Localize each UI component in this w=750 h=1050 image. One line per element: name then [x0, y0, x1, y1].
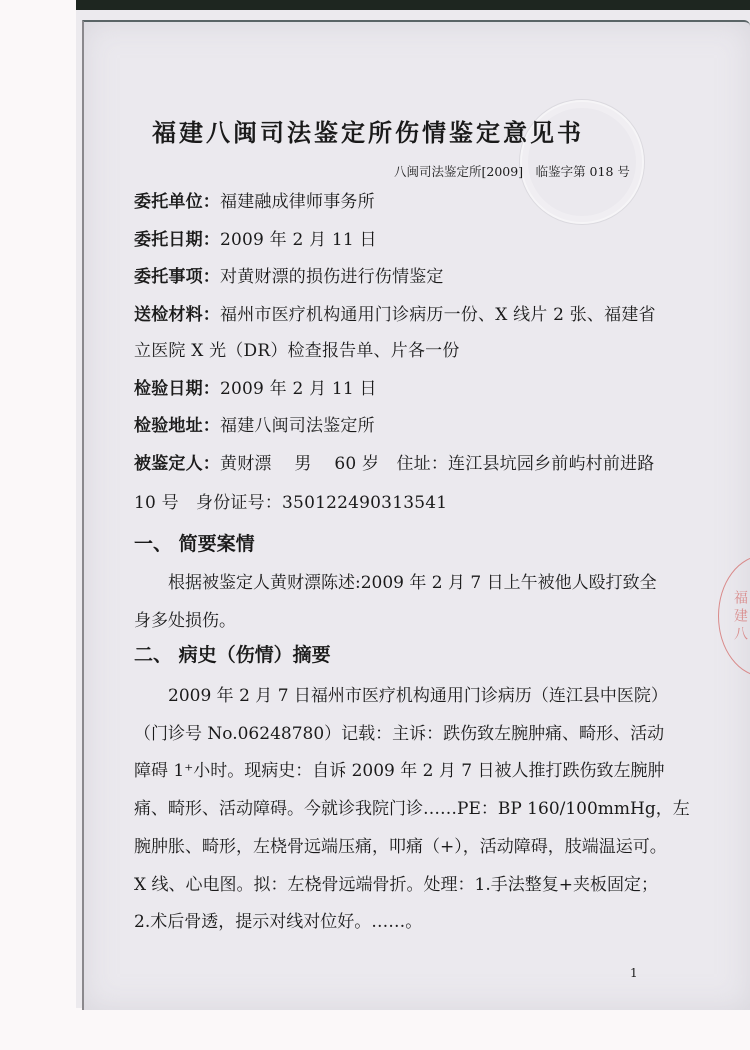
paragraph-line: 腕肿胀、畸形，左桡骨远端压痛，叩痛（+），活动障碍，肢端温运可。 — [134, 832, 667, 857]
field-value: 福建融成律师事务所 — [220, 192, 375, 212]
paragraph-line: 2.术后骨透，提示对线对位好。……。 — [134, 907, 422, 932]
field-label: 检验地址： — [134, 416, 220, 436]
field-entrust-matter: 委托事项：对黄财漂的损伤进行伤情鉴定 — [134, 267, 444, 287]
field-submitted-materials-cont: 立医院 X 光（DR）检查报告单、片各一份 — [134, 341, 460, 361]
page-number: 1 — [630, 966, 638, 980]
field-entrust-date: 委托日期：2009 年 2 月 11 日 — [134, 230, 377, 250]
field-label: 委托单位： — [134, 192, 220, 212]
field-value: 福建八闽司法鉴定所 — [220, 416, 375, 436]
field-examinee: 被鉴定人：黄财漂 男 60 岁 住址：连江县坑园乡前屿村前进路 — [134, 454, 654, 474]
field-value: 黄财漂 男 60 岁 住址：连江县坑园乡前屿村前进路 — [220, 454, 654, 474]
paragraph-line: X 线、心电图。拟：左桡骨远端骨折。处理：1.手法整复+夹板固定； — [134, 870, 658, 895]
field-examinee-cont: 10 号 身份证号：350122490313541 — [134, 493, 447, 513]
paragraph-line: 身多处损伤。 — [134, 606, 236, 631]
field-value: 2009 年 2 月 11 日 — [220, 230, 377, 250]
field-exam-date: 检验日期：2009 年 2 月 11 日 — [134, 379, 377, 399]
scanner-top-edge — [76, 0, 750, 10]
field-label: 委托日期： — [134, 230, 220, 250]
section-heading-medical-history: 二、 病史（伤情）摘要 — [134, 640, 331, 667]
field-label: 被鉴定人： — [134, 454, 220, 474]
reference-number: 八闽司法鉴定所[2009] 临鉴字第 018 号 — [394, 162, 630, 180]
section-heading-case-summary: 一、 简要案情 — [134, 529, 255, 556]
field-entrusting-unit: 委托单位：福建融成律师事务所 — [134, 192, 375, 212]
paragraph-line: 痛、畸形、活动障碍。今就诊我院门诊……PE：BP 160/100mmHg，左 — [134, 794, 690, 819]
field-submitted-materials: 送检材料：福州市医疗机构通用门诊病历一份、X 线片 2 张、福建省 — [134, 305, 656, 325]
field-label: 委托事项： — [134, 267, 220, 287]
paragraph-line: 障碍 1⁺小时。现病史：自诉 2009 年 2 月 7 日被人推打跌伤致左腕肿 — [134, 756, 665, 781]
field-label: 送检材料： — [134, 305, 220, 325]
field-value: 福州市医疗机构通用门诊病历一份、X 线片 2 张、福建省 — [220, 305, 656, 325]
field-value: 2009 年 2 月 11 日 — [220, 379, 377, 399]
field-exam-address: 检验地址：福建八闽司法鉴定所 — [134, 416, 375, 436]
document-title: 福建八闽司法鉴定所伤情鉴定意见书 — [152, 113, 584, 148]
field-value: 对黄财漂的损伤进行伤情鉴定 — [220, 267, 444, 287]
paragraph-line: （门诊号 No.06248780）记载：主诉：跌伤致左腕肿痛、畸形、活动 — [134, 719, 664, 744]
paragraph-line: 2009 年 2 月 7 日福州市医疗机构通用门诊病历（连江县中医院） — [168, 681, 668, 706]
red-seal-text: 福建八 — [730, 590, 750, 644]
field-label: 检验日期： — [134, 379, 220, 399]
paragraph-line: 根据被鉴定人黄财漂陈述:2009 年 2 月 7 日上午被他人殴打致全 — [168, 568, 657, 593]
